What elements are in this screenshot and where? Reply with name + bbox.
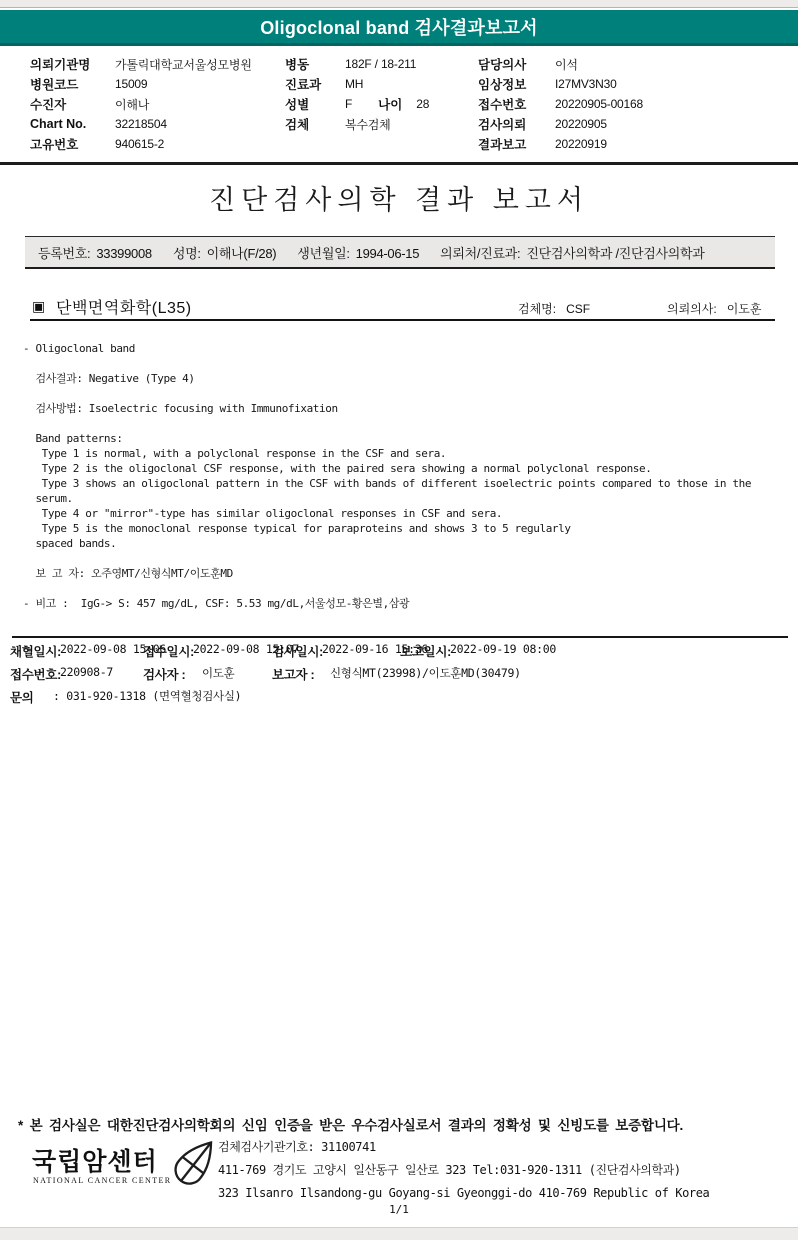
info-label: 병원코드 xyxy=(30,75,115,93)
info-label: Chart No. xyxy=(30,117,115,131)
section-title: 단백면역화학(L35) xyxy=(56,295,192,318)
result-line xyxy=(23,356,798,371)
result-line: Type 4 or "mirror"-type has similar olig… xyxy=(23,506,798,521)
certification-note: * 본 검사실은 대한진단검사의학회의 신임 인증을 받은 우수검사실로서 결과… xyxy=(18,1114,788,1134)
result-line: Type 3 shows an oligoclonal pattern in t… xyxy=(23,476,798,491)
footer-label: 검사일시: xyxy=(272,642,323,660)
result-line: Type 5 is the monoclonal response typica… xyxy=(23,521,798,536)
info-label: 수진자 xyxy=(30,95,115,113)
field-label: 생년월일: xyxy=(297,246,349,261)
info-value: 182F / 18-211 xyxy=(345,57,416,71)
info-value: 이석 xyxy=(555,56,578,73)
specimen-label: 검체명: xyxy=(518,302,556,316)
info-label: 고유번호 xyxy=(30,135,115,153)
address-line-korean: 411-769 경기도 고양시 일산동구 일산로 323 Tel:031-920… xyxy=(218,1159,709,1182)
info-label: 병동 xyxy=(285,55,345,73)
field-value: 이해나(F/28) xyxy=(207,246,277,261)
specimen-value: CSF xyxy=(566,302,590,316)
info-label: 성별 xyxy=(285,95,345,113)
info-label: 검체 xyxy=(285,115,345,133)
footer-divider xyxy=(12,636,788,638)
result-line: Type 2 is the oligoclonal CSF response, … xyxy=(23,461,798,476)
info-label: 검사의뢰 xyxy=(478,115,555,133)
footer-row-contact: 문의 : 031-920-1318 (면역혈청검사실) xyxy=(10,688,795,708)
report-title: 진단검사의학 결과 보고서 xyxy=(0,178,798,217)
footer-label: 보고일시: xyxy=(400,642,451,660)
info-value: 가톨릭대학교서울성모병원 xyxy=(115,56,252,73)
doctor-value: 이도훈 xyxy=(727,302,762,316)
report-page: Oligoclonal band 검사결과보고서 의뢰기관명 가톨릭대학교서울성… xyxy=(0,0,798,1240)
info-row: 담당의사 이석 xyxy=(478,54,643,74)
info-row: 병원코드 15009 xyxy=(30,74,252,94)
info-value: 20220919 xyxy=(555,137,607,151)
info-value: 복수검체 xyxy=(345,116,391,133)
info-column-right: 담당의사 이석 임상정보 I27MV3N30 접수번호 20220905-001… xyxy=(478,54,643,154)
result-line: 보 고 자: 오주영MT/신형식MT/이도훈MD xyxy=(23,566,798,581)
patient-field-name: 성명:이해나(F/28) xyxy=(173,243,276,262)
info-label: 의뢰기관명 xyxy=(30,55,115,73)
info-value: F xyxy=(345,97,352,111)
patient-field-birthdate: 생년월일:1994-06-15 xyxy=(297,243,419,262)
report-banner-title: Oligoclonal band 검사결과보고서 xyxy=(260,14,538,40)
info-row: 결과보고 20220919 xyxy=(478,134,643,154)
info-row: 수진자 이해나 xyxy=(30,94,252,114)
info-row: 병동 182F / 18-211 xyxy=(285,54,429,74)
footer-row-staff: 접수번호: 220908-7 검사자 : 이도훈 보고자 : 신형식MT(239… xyxy=(10,665,795,685)
page-number: 1/1 xyxy=(0,1203,798,1216)
result-line xyxy=(23,416,798,431)
result-line xyxy=(23,581,798,596)
footer-label: 문의 xyxy=(10,688,34,706)
info-row-sex-age: 성별 F 나이 28 xyxy=(285,94,429,114)
footer-label: 접수일시: xyxy=(143,642,194,660)
viewer-bottom-strip xyxy=(0,1227,798,1240)
info-row: 접수번호 20220905-00168 xyxy=(478,94,643,114)
ncc-logo-korean: 국립암센터 xyxy=(32,1142,158,1178)
field-value: 33399008 xyxy=(96,246,151,261)
result-line: - 비고 : IgG-> S: 457 mg/dL, CSF: 5.53 mg/… xyxy=(23,596,798,611)
info-label-age: 나이 xyxy=(378,95,402,113)
info-value: MH xyxy=(345,77,363,91)
result-line: - Oligoclonal band xyxy=(23,341,798,356)
section-header: ▣ 단백면역화학(L35) 검체명:CSF 의뢰의사:이도훈 xyxy=(30,294,775,321)
result-line: spaced bands. xyxy=(23,536,798,551)
viewer-top-strip xyxy=(0,0,798,8)
info-value: 32218504 xyxy=(115,117,167,131)
field-value: 1994-06-15 xyxy=(356,246,420,261)
footer-label: 보고자 : xyxy=(272,665,314,683)
info-label: 결과보고 xyxy=(478,135,555,153)
info-row: Chart No. 32218504 xyxy=(30,114,252,134)
info-column-middle: 병동 182F / 18-211 진료과 MH 성별 F 나이 28 검체 복수… xyxy=(285,54,429,134)
result-line: serum. xyxy=(23,491,798,506)
field-value: 진단검사의학과 /진단검사의학과 xyxy=(526,246,704,261)
footer-value: 이도훈 xyxy=(202,665,234,681)
result-line: 검사결과: Negative (Type 4) xyxy=(23,371,798,386)
info-label: 접수번호 xyxy=(478,95,555,113)
section-square-icon: ▣ xyxy=(32,298,45,315)
field-label: 등록번호: xyxy=(38,246,90,261)
footer-value: 2022-09-19 08:00 xyxy=(450,642,556,656)
info-row: 고유번호 940615-2 xyxy=(30,134,252,154)
header-info-block: 의뢰기관명 가톨릭대학교서울성모병원 병원코드 15009 수진자 이해나 Ch… xyxy=(0,54,798,162)
result-line xyxy=(23,551,798,566)
info-value-age: 28 xyxy=(416,97,429,111)
report-banner: Oligoclonal band 검사결과보고서 xyxy=(0,10,798,46)
footer-label: 검사자 : xyxy=(143,665,185,683)
info-row: 의뢰기관명 가톨릭대학교서울성모병원 xyxy=(30,54,252,74)
info-label: 임상정보 xyxy=(478,75,555,93)
info-row: 검사의뢰 20220905 xyxy=(478,114,643,134)
footer-meta: 채혈일시: 2022-09-08 15:06 접수일시: 2022-09-08 … xyxy=(10,641,795,711)
info-row: 진료과 MH xyxy=(285,74,429,94)
result-line: Type 1 is normal, with a polyclonal resp… xyxy=(23,446,798,461)
organization-address: 검체검사기관기호: 31100741 411-769 경기도 고양시 일산동구 … xyxy=(218,1136,709,1205)
info-label: 담당의사 xyxy=(478,55,555,73)
patient-summary-bar: 등록번호:33399008 성명:이해나(F/28) 생년월일:1994-06-… xyxy=(25,236,775,269)
info-value: 940615-2 xyxy=(115,137,164,151)
result-body: - Oligoclonal band 검사결과: Negative (Type … xyxy=(23,341,798,611)
license-number-line: 검체검사기관기호: 31100741 xyxy=(218,1136,709,1159)
patient-field-department: 의뢰처/진료과:진단검사의학과 /진단검사의학과 xyxy=(440,243,704,262)
info-value: 20220905 xyxy=(555,117,607,131)
ncc-logo-english: NATIONAL CANCER CENTER xyxy=(33,1176,172,1185)
field-label: 성명: xyxy=(173,246,201,261)
address-line-english: 323 Ilsanro Ilsandong-gu Goyang-si Gyeon… xyxy=(218,1182,709,1205)
ordering-doctor-field: 의뢰의사:이도훈 xyxy=(667,300,761,317)
info-row: 임상정보 I27MV3N30 xyxy=(478,74,643,94)
patient-field-regno: 등록번호:33399008 xyxy=(38,243,152,262)
footer-label: 접수번호: xyxy=(10,665,61,683)
info-row: 검체 복수검체 xyxy=(285,114,429,134)
footer-value: 신형식MT(23998)/이도훈MD(30479) xyxy=(330,665,521,681)
result-line: 검사방법: Isoelectric focusing with Immunofi… xyxy=(23,401,798,416)
info-value: I27MV3N30 xyxy=(555,77,617,91)
specimen-field: 검체명:CSF xyxy=(518,300,590,317)
footer-row-times: 채혈일시: 2022-09-08 15:06 접수일시: 2022-09-08 … xyxy=(10,642,795,662)
field-label: 의뢰처/진료과: xyxy=(440,246,520,261)
footer-value: : 031-920-1318 (면역혈청검사실) xyxy=(53,688,241,704)
info-value: 이해나 xyxy=(115,96,149,113)
thick-divider xyxy=(0,162,798,165)
footer-label: 채혈일시: xyxy=(10,642,61,660)
footer-value: 220908-7 xyxy=(60,665,113,679)
ncc-leaf-icon xyxy=(172,1136,218,1195)
info-label: 진료과 xyxy=(285,75,345,93)
result-line xyxy=(23,386,798,401)
doctor-label: 의뢰의사: xyxy=(667,302,717,316)
info-value: 20220905-00168 xyxy=(555,97,643,111)
result-line: Band patterns: xyxy=(23,431,798,446)
info-value: 15009 xyxy=(115,77,147,91)
info-column-left: 의뢰기관명 가톨릭대학교서울성모병원 병원코드 15009 수진자 이해나 Ch… xyxy=(30,54,252,154)
organization-block: 국립암센터 NATIONAL CANCER CENTER 검체검사기관기호: 3… xyxy=(0,1136,798,1208)
